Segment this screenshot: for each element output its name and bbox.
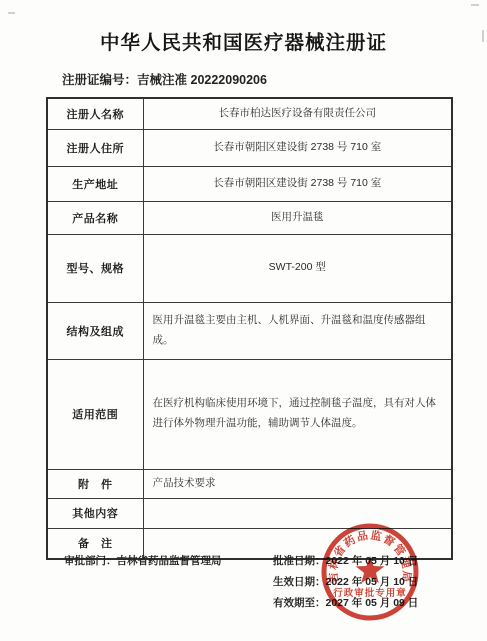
approval-department: 审批部门：吉林省药品监督管理局 [64,553,222,568]
effective-date-label: 生效日期： [273,576,326,588]
approval-date-label: 批准日期： [273,555,326,567]
row-label-attachment: 附 件 [47,469,143,498]
row-label-intended-use: 适用范围 [47,359,143,469]
row-value-model-spec: SWT-200 型 [143,234,452,302]
row-value-production-address: 长春市朝阳区建设街 2738 号 710 室 [143,166,452,201]
approval-date: 批准日期：2022 年 05 月 10 日 [273,553,418,574]
scan-artifact [471,4,479,6]
certificate-table: 注册人名称 长春市柏达医疗设备有限责任公司 注册人住所 长春市朝阳区建设街 27… [46,97,453,560]
table-row-product-name: 产品名称 医用升温毯 [47,201,452,234]
date-block: 批准日期：2022 年 05 月 10 日 生效日期：2022 年 05 月 1… [273,553,418,616]
scan-artifact [8,12,15,14]
row-label-structure: 结构及组成 [47,302,143,359]
row-label-product-name: 产品名称 [47,201,143,234]
table-row-registrant-name: 注册人名称 长春市柏达医疗设备有限责任公司 [47,98,452,129]
row-value-intended-use: 在医疗机构临床使用环境下，通过控制毯子温度，具有对人体进行体外物理升温功能，辅助… [143,359,452,469]
table-row-registrant-address: 注册人住所 长春市朝阳区建设街 2738 号 710 室 [47,129,452,166]
row-value-registrant-address: 长春市朝阳区建设街 2738 号 710 室 [143,129,452,166]
expiry-date-label: 有效期至： [273,597,326,609]
table-row-other-content: 其他内容 [47,498,452,528]
scan-artifact [482,30,484,42]
table-row-intended-use: 适用范围 在医疗机构临床使用环境下，通过控制毯子温度，具有对人体进行体外物理升温… [47,359,452,469]
table-row-structure: 结构及组成 医用升温毯主要由主机、人机界面、升温毯和温度传感器组成。 [47,302,452,359]
expiry-date-value: 2027 年 05 月 09 日 [326,597,419,609]
effective-date: 生效日期：2022 年 05 月 10 日 [273,574,418,595]
row-value-product-name: 医用升温毯 [143,201,452,234]
row-label-other-content: 其他内容 [47,498,143,528]
approval-department-label: 审批部门： [64,555,117,567]
approval-department-value: 吉林省药品监督管理局 [117,555,222,567]
certificate-title: 中华人民共和国医疗器械注册证 [0,27,487,55]
row-value-other-content [143,498,452,528]
row-value-attachment: 产品技术要求 [143,469,452,498]
approval-date-value: 2022 年 05 月 10 日 [326,555,419,567]
row-label-registrant-address: 注册人住所 [47,129,143,166]
expiry-date: 有效期至：2027 年 05 月 09 日 [273,595,418,616]
table-row-attachment: 附 件 产品技术要求 [47,469,452,498]
row-label-registrant-name: 注册人名称 [47,98,143,129]
row-value-registrant-name: 长春市柏达医疗设备有限责任公司 [143,98,452,129]
row-label-production-address: 生产地址 [47,166,143,201]
row-value-structure: 医用升温毯主要由主机、人机界面、升温毯和温度传感器组成。 [143,302,452,359]
certificate-page: 中华人民共和国医疗器械注册证 注册证编号：吉械注准 20222090206 注册… [0,0,487,641]
registration-number-value: 吉械注准 20222090206 [137,73,267,87]
registration-number: 注册证编号：吉械注准 20222090206 [62,70,267,88]
effective-date-value: 2022 年 05 月 10 日 [326,576,419,588]
registration-number-label: 注册证编号： [62,73,137,87]
row-label-model-spec: 型号、规格 [47,234,143,302]
table-row-model-spec: 型号、规格 SWT-200 型 [47,234,452,302]
table-row-production-address: 生产地址 长春市朝阳区建设街 2738 号 710 室 [47,166,452,201]
